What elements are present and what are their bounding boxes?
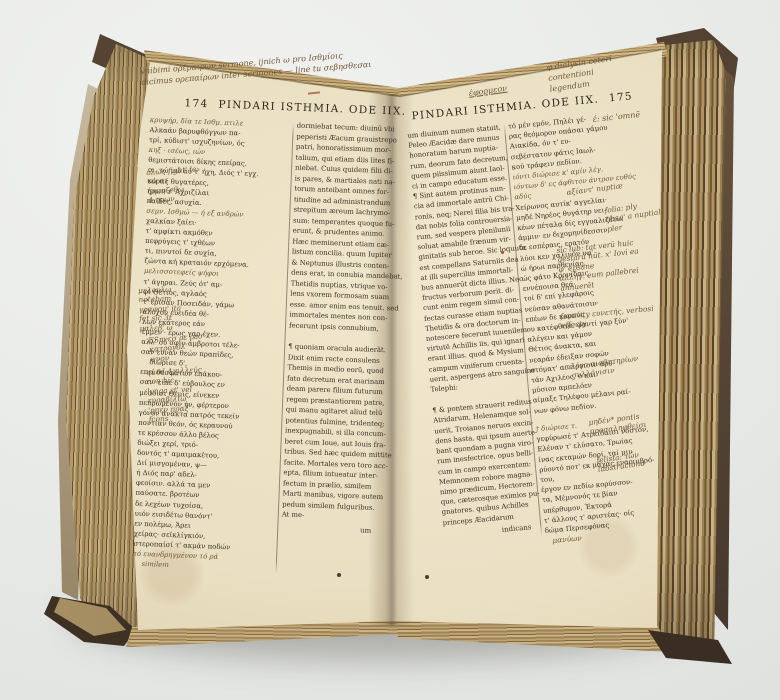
left-margin-note-a: ολως fight' le:τω ατϛηπηζεθω4 ηρων bbox=[146, 164, 201, 205]
left-catchword: um bbox=[281, 523, 371, 534]
left-margin-note-d: quod Αχιλλεύςnon hiclynga st' velευραβίλ… bbox=[146, 365, 205, 424]
ink-dot-left-page bbox=[337, 573, 341, 577]
left-latin-paragraph-1: dormiebat tecum: diuinū vbipeperisti Æac… bbox=[289, 121, 387, 334]
left-running-header: 174 PINDARI ISTHMIA. ODE IIX. bbox=[184, 97, 388, 117]
right-page-columns: um diuinum numen statuit,Peleo Æacidæ da… bbox=[407, 108, 694, 545]
left-margin-note-c: ESηνεσ ρε ρεσκατρογολ'ψνον bbox=[148, 331, 205, 364]
left-margin-note-b: μελονλωnotabamγραφομ' itafet sic 3tμαλεβ… bbox=[138, 285, 182, 333]
ink-dot-right-page bbox=[425, 575, 429, 579]
left-folio-number: 174 bbox=[184, 97, 208, 110]
right-margin-note-3: sic lub: tat verū huicgestarū nūt. x' Io… bbox=[556, 237, 642, 292]
left-latin-column: dormiebat tecum: diuinū vbipeperisti Æac… bbox=[279, 121, 386, 578]
photograph-open-antique-book: vnibimi ορέραιρων sermone, ijnich ω pro … bbox=[0, 0, 780, 700]
text-line: μαλεβ' ω bbox=[139, 322, 182, 333]
right-latin-paragraph-2: ¶ & pontem strauerit reditusAtridarum, H… bbox=[432, 397, 537, 527]
right-folio-number: 175 bbox=[608, 90, 633, 104]
red-ink-dot bbox=[501, 251, 504, 254]
left-latin-paragraph-2: ¶ quoniam oracula audierāt.Dixit enim re… bbox=[282, 341, 379, 523]
left-header-title: PINDARI ISTHMIA. ODE IIX. bbox=[218, 99, 406, 118]
